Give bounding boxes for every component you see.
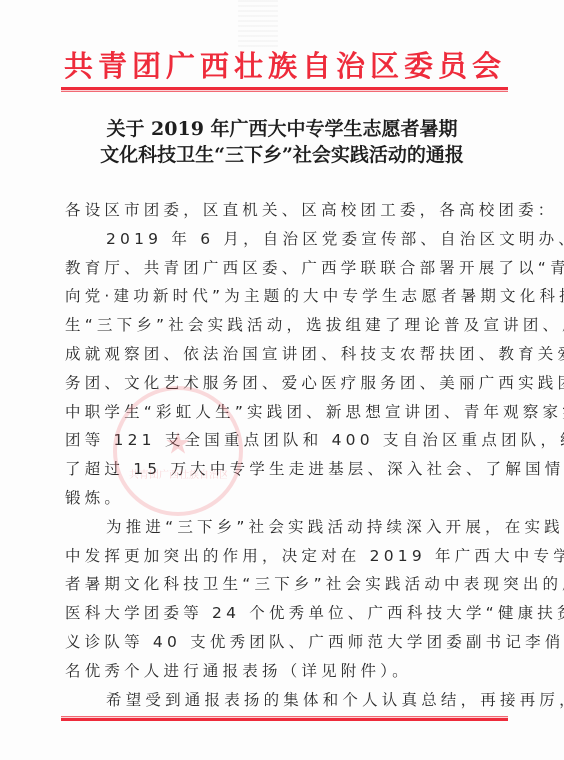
body-line: 为推进“三下乡”社会实践活动持续深入开展，在实践育人 [65, 513, 505, 542]
body-line: 锻炼。 [65, 484, 505, 513]
document-title-line-2: 文化科技卫生“三下乡”社会实践活动的通报 [40, 142, 524, 168]
organization-letterhead: 共青团广西壮族自治区委员会 [60, 46, 510, 86]
body-line: 向党·建功新时代”为主题的大中专学生志愿者暑期文化科技卫 [65, 282, 505, 311]
body-line: 教育厅、共青团广西区委、广西学联联合部署开展了以“青春心 [65, 254, 505, 283]
body-line: 生“三下乡”社会实践活动，选拔组建了理论普及宣讲团、历史 [65, 311, 505, 340]
body-line: 成就观察团、依法治国宣讲团、科技支农帮扶团、教育关爱服 [65, 340, 505, 369]
salutation: 各设区市团委，区直机关、区高校团工委，各高校团委： [65, 196, 505, 225]
body-line: 2019 年 6 月，自治区党委宣传部、自治区文明办、自治区 [65, 225, 505, 254]
document-page: 共青团广西壮族自治区委员会 关于 2019 年广西大中专学生志愿者暑期 文化科技… [0, 0, 564, 760]
body-line: 团等 121 支全国重点团队和 400 支自治区重点团队，组织动员 [65, 426, 505, 455]
divider-thick-line [61, 718, 508, 721]
body-line: 义诊队等 40 支优秀团队、广西师范大学团委副书记李俏等 20 [65, 628, 505, 657]
body-line: 中职学生“彩虹人生”实践团、新思想宣讲团、青年观察家实践 [65, 398, 505, 427]
body-line: 名优秀个人进行通报表扬（详见附件）。 [65, 657, 505, 686]
divider-thin-line [61, 91, 508, 92]
letterhead-divider-top [61, 87, 508, 92]
body-line: 了超过 15 万大中专学生走进基层、深入社会、了解国情、接受 [65, 455, 505, 484]
document-title-line-1: 关于 2019 年广西大中专学生志愿者暑期 [40, 116, 524, 142]
body-line: 希望受到通报表扬的集体和个人认真总结，再接再厉，不 [65, 686, 505, 715]
body-line: 者暑期文化科技卫生“三下乡”社会实践活动中表现突出的广西 [65, 570, 505, 599]
scan-artifact [238, 0, 278, 48]
body-line: 中发挥更加突出的作用，决定对在 2019 年广西大中专学生志愿 [65, 542, 505, 571]
document-body: 各设区市团委，区直机关、区高校团工委，各高校团委： 2019 年 6 月，自治区… [65, 196, 505, 714]
page-divider-bottom [61, 716, 508, 721]
body-line: 医科大学团委等 24 个优秀单位、广西科技大学“健康扶贫”医疗 [65, 599, 505, 628]
body-line: 务团、文化艺术服务团、爱心医疗服务团、美丽广西实践团、 [65, 369, 505, 398]
